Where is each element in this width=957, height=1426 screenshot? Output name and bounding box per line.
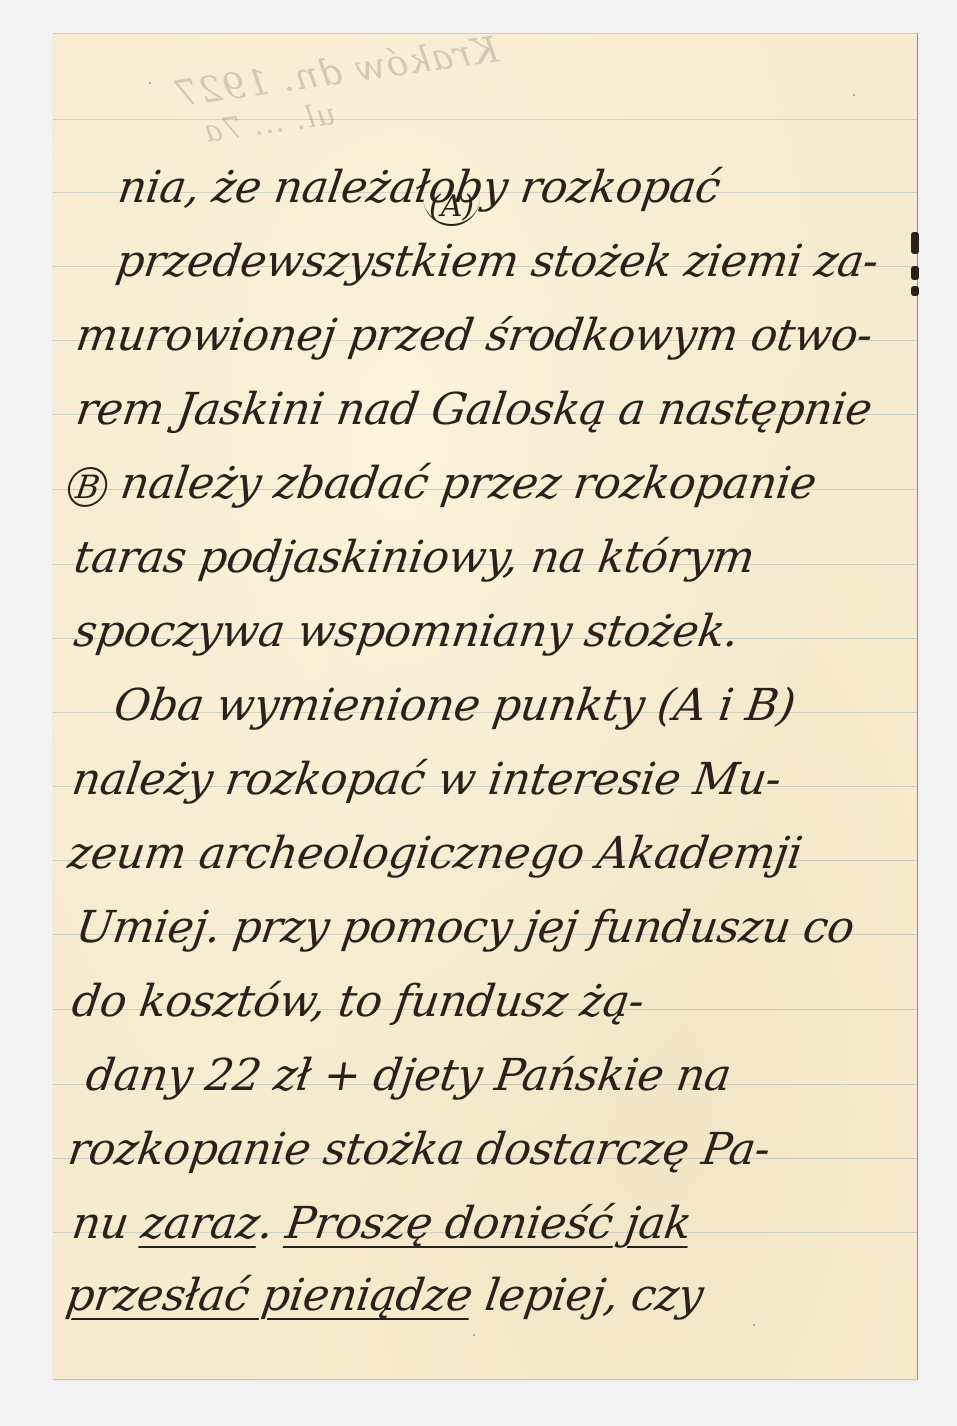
margin-ink-mark [911, 266, 919, 280]
underlined-phrase: Proszę donieść jak [283, 1198, 695, 1249]
text-line: nia, że należałoby rozkopać [115, 162, 723, 213]
text-line: dany 22 zł + djety Pańskie na [83, 1050, 734, 1101]
text-line: do kosztów, to fundusz żą- [69, 976, 647, 1027]
margin-ink-mark [911, 286, 919, 296]
text-line: rem Jaskini nad Galoską a następnie [73, 384, 875, 435]
letter-page: Kraków dn. 1927 ul. ... 7a (A) nia, że n… [53, 33, 918, 1380]
underlined-phrase: przesłać pieniądze [63, 1270, 476, 1321]
text-line: należy rozkopać w interesie Mu- [69, 754, 784, 805]
text-line: B należy zbadać przez rozkopanie [65, 458, 819, 509]
text-line: Umiej. przy pomocy jej funduszu co [73, 902, 857, 953]
paper-speck [473, 1334, 475, 1336]
text-line: taras podjaskiniowy, na którym [71, 532, 757, 583]
text-line: rozkopanie stożka dostarczę Pa- [65, 1124, 773, 1175]
text-span: lepiej, czy [468, 1270, 706, 1321]
text-line: murowionej przed środkowym otwo- [73, 310, 875, 361]
text-line: przedewszystkiem stożek ziemi za- [113, 236, 881, 287]
text-span: nu [69, 1198, 145, 1249]
text-line: spoczywa wspomniany stożek. [71, 606, 742, 657]
paper-speck [853, 94, 855, 96]
underlined-word: zaraz [138, 1198, 263, 1249]
margin-ink-mark [911, 232, 919, 254]
document-scan: Kraków dn. 1927 ul. ... 7a (A) nia, że n… [0, 0, 957, 1426]
paper-speck [149, 82, 151, 84]
text-line: Oba wymienione punkty (A i B) [111, 680, 798, 731]
text-span: należy zbadać przez rozkopanie [118, 458, 820, 509]
text-line: przesłać pieniądze lepiej, czy [63, 1270, 706, 1321]
circled-marker-b: B [65, 467, 110, 507]
letter-body: nia, że należałoby rozkopać przedewszyst… [53, 34, 917, 1379]
paper-speck [753, 1324, 755, 1326]
text-line: zeum archeologicznego Akademji [65, 828, 805, 879]
text-line: nu zaraz. Proszę donieść jak [69, 1198, 694, 1249]
